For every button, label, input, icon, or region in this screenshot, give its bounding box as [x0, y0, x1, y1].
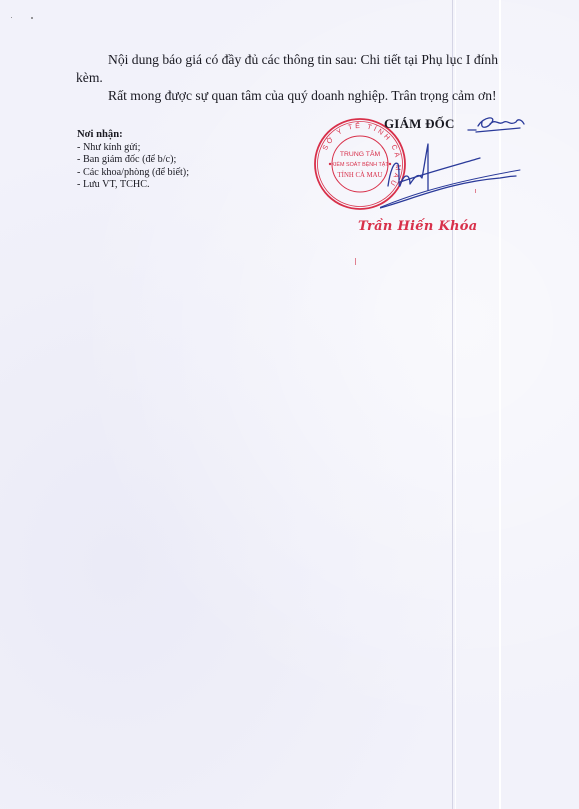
- signer-name: Trần Hiến Khóa: [358, 219, 478, 234]
- document-page: Nội dung báo giá có đầy đủ các thông tin…: [0, 0, 579, 809]
- recipient-item: - Ban giám đốc (để b/c);: [77, 154, 189, 167]
- handwritten-signature: [380, 108, 530, 218]
- svg-text:TỈNH CÀ MAU: TỈNH CÀ MAU: [338, 171, 383, 179]
- body-paragraph-2: Rất mong được sự quan tâm của quý doanh …: [108, 87, 497, 105]
- recipients-title: Nơi nhận:: [77, 129, 189, 142]
- recipient-item: - Như kính gửi;: [77, 142, 189, 155]
- body-paragraph-1-line-1: Nội dung báo giá có đầy đủ các thông tin…: [108, 51, 498, 69]
- body-paragraph-1-line-2: kèm.: [76, 69, 103, 87]
- recipient-item: - Lưu VT, TCHC.: [77, 179, 189, 192]
- scan-mark: [475, 189, 476, 193]
- recipient-item: - Các khoa/phòng (để biết);: [77, 167, 189, 180]
- scan-mark: [355, 258, 356, 265]
- scan-speck: [11, 17, 12, 18]
- svg-text:TRUNG TÂM: TRUNG TÂM: [340, 149, 381, 158]
- scan-speck: [31, 17, 33, 19]
- recipients-block: Nơi nhận: - Như kính gửi; - Ban giám đốc…: [77, 129, 189, 192]
